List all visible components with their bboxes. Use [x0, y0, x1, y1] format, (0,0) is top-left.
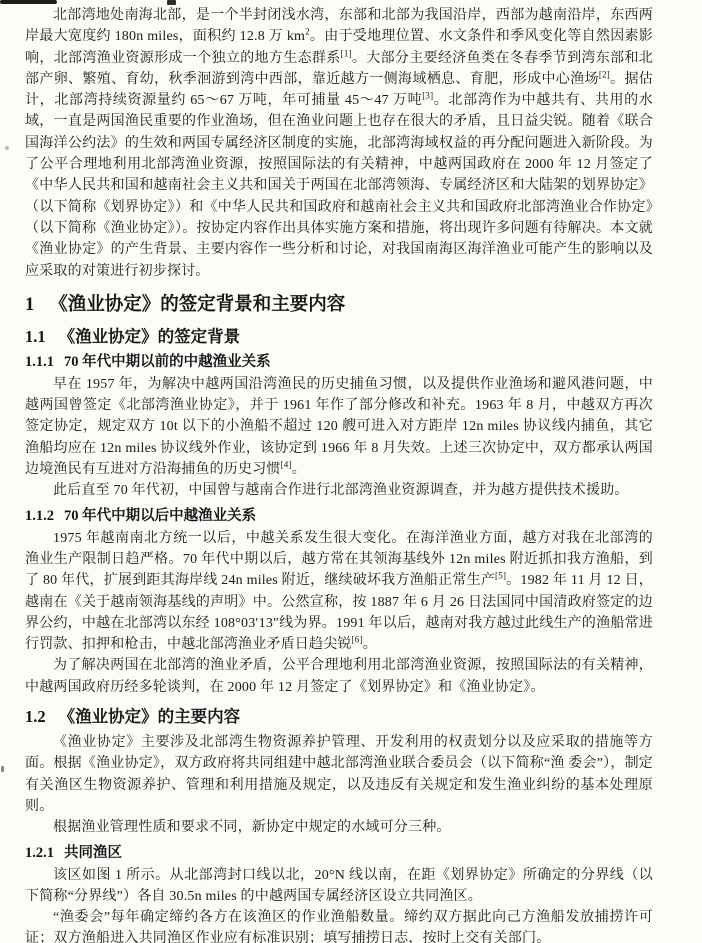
- heading-title: 共同渔区: [64, 845, 122, 861]
- scan-artifact: [0, 0, 57, 4]
- text-run: 该区如图 1 所示。从北部湾封口线以北，20°N 线以南，在距《划界协定》所确定…: [25, 868, 653, 904]
- text-run: 。北部湾作为中越共有、共用的水域，一直是两国渔民重要的作业渔场，但在渔业问题上也…: [25, 93, 653, 278]
- text-run: 《渔业协定》主要涉及北部湾生物资源养护管理、开发利用的权责划分以及应采取的措施等…: [25, 735, 653, 814]
- heading-number: 1.1.1: [25, 354, 54, 370]
- citation-superscript: [4]: [281, 459, 292, 469]
- citation-superscript: [2]: [599, 69, 610, 79]
- document-body: 北部湾地处南海北部，是一个半封闭浅水湾，东部和北部为我国沿岸，西部为越南沿岸，东…: [25, 5, 653, 943]
- scan-artifact: [5, 146, 9, 150]
- heading-number: 1.1: [25, 327, 46, 346]
- scan-artifact: [1, 766, 4, 772]
- paragraph: 为了解决两国在北部湾的渔业矛盾，公平合理地利用北部湾渔业资源，按照国际法的有关精…: [25, 655, 653, 698]
- text-run: 早在 1957 年，为解决中越两国沿湾渔民的历史捕鱼习惯，以及提供作业渔场和避风…: [25, 377, 653, 477]
- heading-number: 1.2.1: [25, 845, 54, 861]
- paragraph: 早在 1957 年，为解决中越两国沿湾渔民的历史捕鱼习惯，以及提供作业渔场和避风…: [25, 374, 653, 480]
- text-run: “渔委会”每年确定缔约各方在该渔区的作业渔船数量。缔约双方据此向己方渔船发放捕捞…: [25, 910, 653, 943]
- heading-title: 《渔业协定》的签定背景和主要内容: [49, 295, 345, 315]
- section-heading-1.2.1: 1.2.1共同渔区: [25, 843, 653, 863]
- heading-number: 1.2: [25, 707, 46, 726]
- citation-superscript: [3]: [422, 91, 433, 101]
- paragraph: 北部湾地处南海北部，是一个半封闭浅水湾，东部和北部为我国沿岸，西部为越南沿岸，东…: [25, 5, 653, 282]
- paragraph: 此后直至 70 年代初，中国曾与越南合作进行北部湾渔业资源调查，并为越方提供技术…: [25, 480, 653, 501]
- text-run: 根据渔业管理性质和要求不同，新协定中规定的水域可分三种。: [53, 820, 451, 835]
- section-heading-1.1.1: 1.1.170 年代中期以前的中越渔业关系: [25, 352, 653, 372]
- paragraph: 根据渔业管理性质和要求不同，新协定中规定的水域可分三种。: [25, 817, 653, 838]
- heading-title: 《渔业协定》的签定背景: [59, 327, 241, 346]
- citation-superscript: [5]: [495, 571, 506, 581]
- heading-number: 1: [25, 295, 34, 315]
- citation-superscript: [6]: [352, 634, 363, 644]
- heading-title: 《渔业协定》的主要内容: [59, 707, 241, 726]
- heading-title: 70 年代中期以前的中越渔业关系: [64, 354, 271, 370]
- heading-title: 70 年代中期以后中越渔业关系: [64, 508, 256, 524]
- section-heading-1: 1《渔业协定》的签定背景和主要内容: [25, 293, 653, 318]
- section-heading-1.2: 1.2《渔业协定》的主要内容: [25, 706, 653, 728]
- scanned-document-page: 北部湾地处南海北部，是一个半封闭浅水湾，东部和北部为我国沿岸，西部为越南沿岸，东…: [0, 0, 702, 943]
- paragraph: “渔委会”每年确定缔约各方在该渔区的作业渔船数量。缔约双方据此向己方渔船发放捕捞…: [25, 907, 653, 943]
- heading-number: 1.1.2: [25, 508, 54, 524]
- text-run: 。: [363, 637, 377, 652]
- text-run: 。: [292, 462, 306, 477]
- text-run: 为了解决两国在北部湾的渔业矛盾，公平合理地利用北部湾渔业资源，按照国际法的有关精…: [25, 658, 653, 694]
- paragraph: 1975 年越南南北方统一以后，中越关系发生很大变化。在海洋渔业方面，越方对我在…: [25, 528, 653, 656]
- section-heading-1.1: 1.1《渔业协定》的签定背景: [25, 326, 653, 348]
- paragraph: 该区如图 1 所示。从北部湾封口线以北，20°N 线以南，在距《划界协定》所确定…: [25, 865, 653, 908]
- section-heading-1.1.2: 1.1.270 年代中期以后中越渔业关系: [25, 506, 653, 526]
- paragraph: 《渔业协定》主要涉及北部湾生物资源养护管理、开发利用的权责划分以及应采取的措施等…: [25, 732, 653, 817]
- citation-superscript: [1]: [341, 48, 352, 58]
- text-run: 此后直至 70 年代初，中国曾与越南合作进行北部湾渔业资源调查，并为越方提供技术…: [53, 483, 629, 498]
